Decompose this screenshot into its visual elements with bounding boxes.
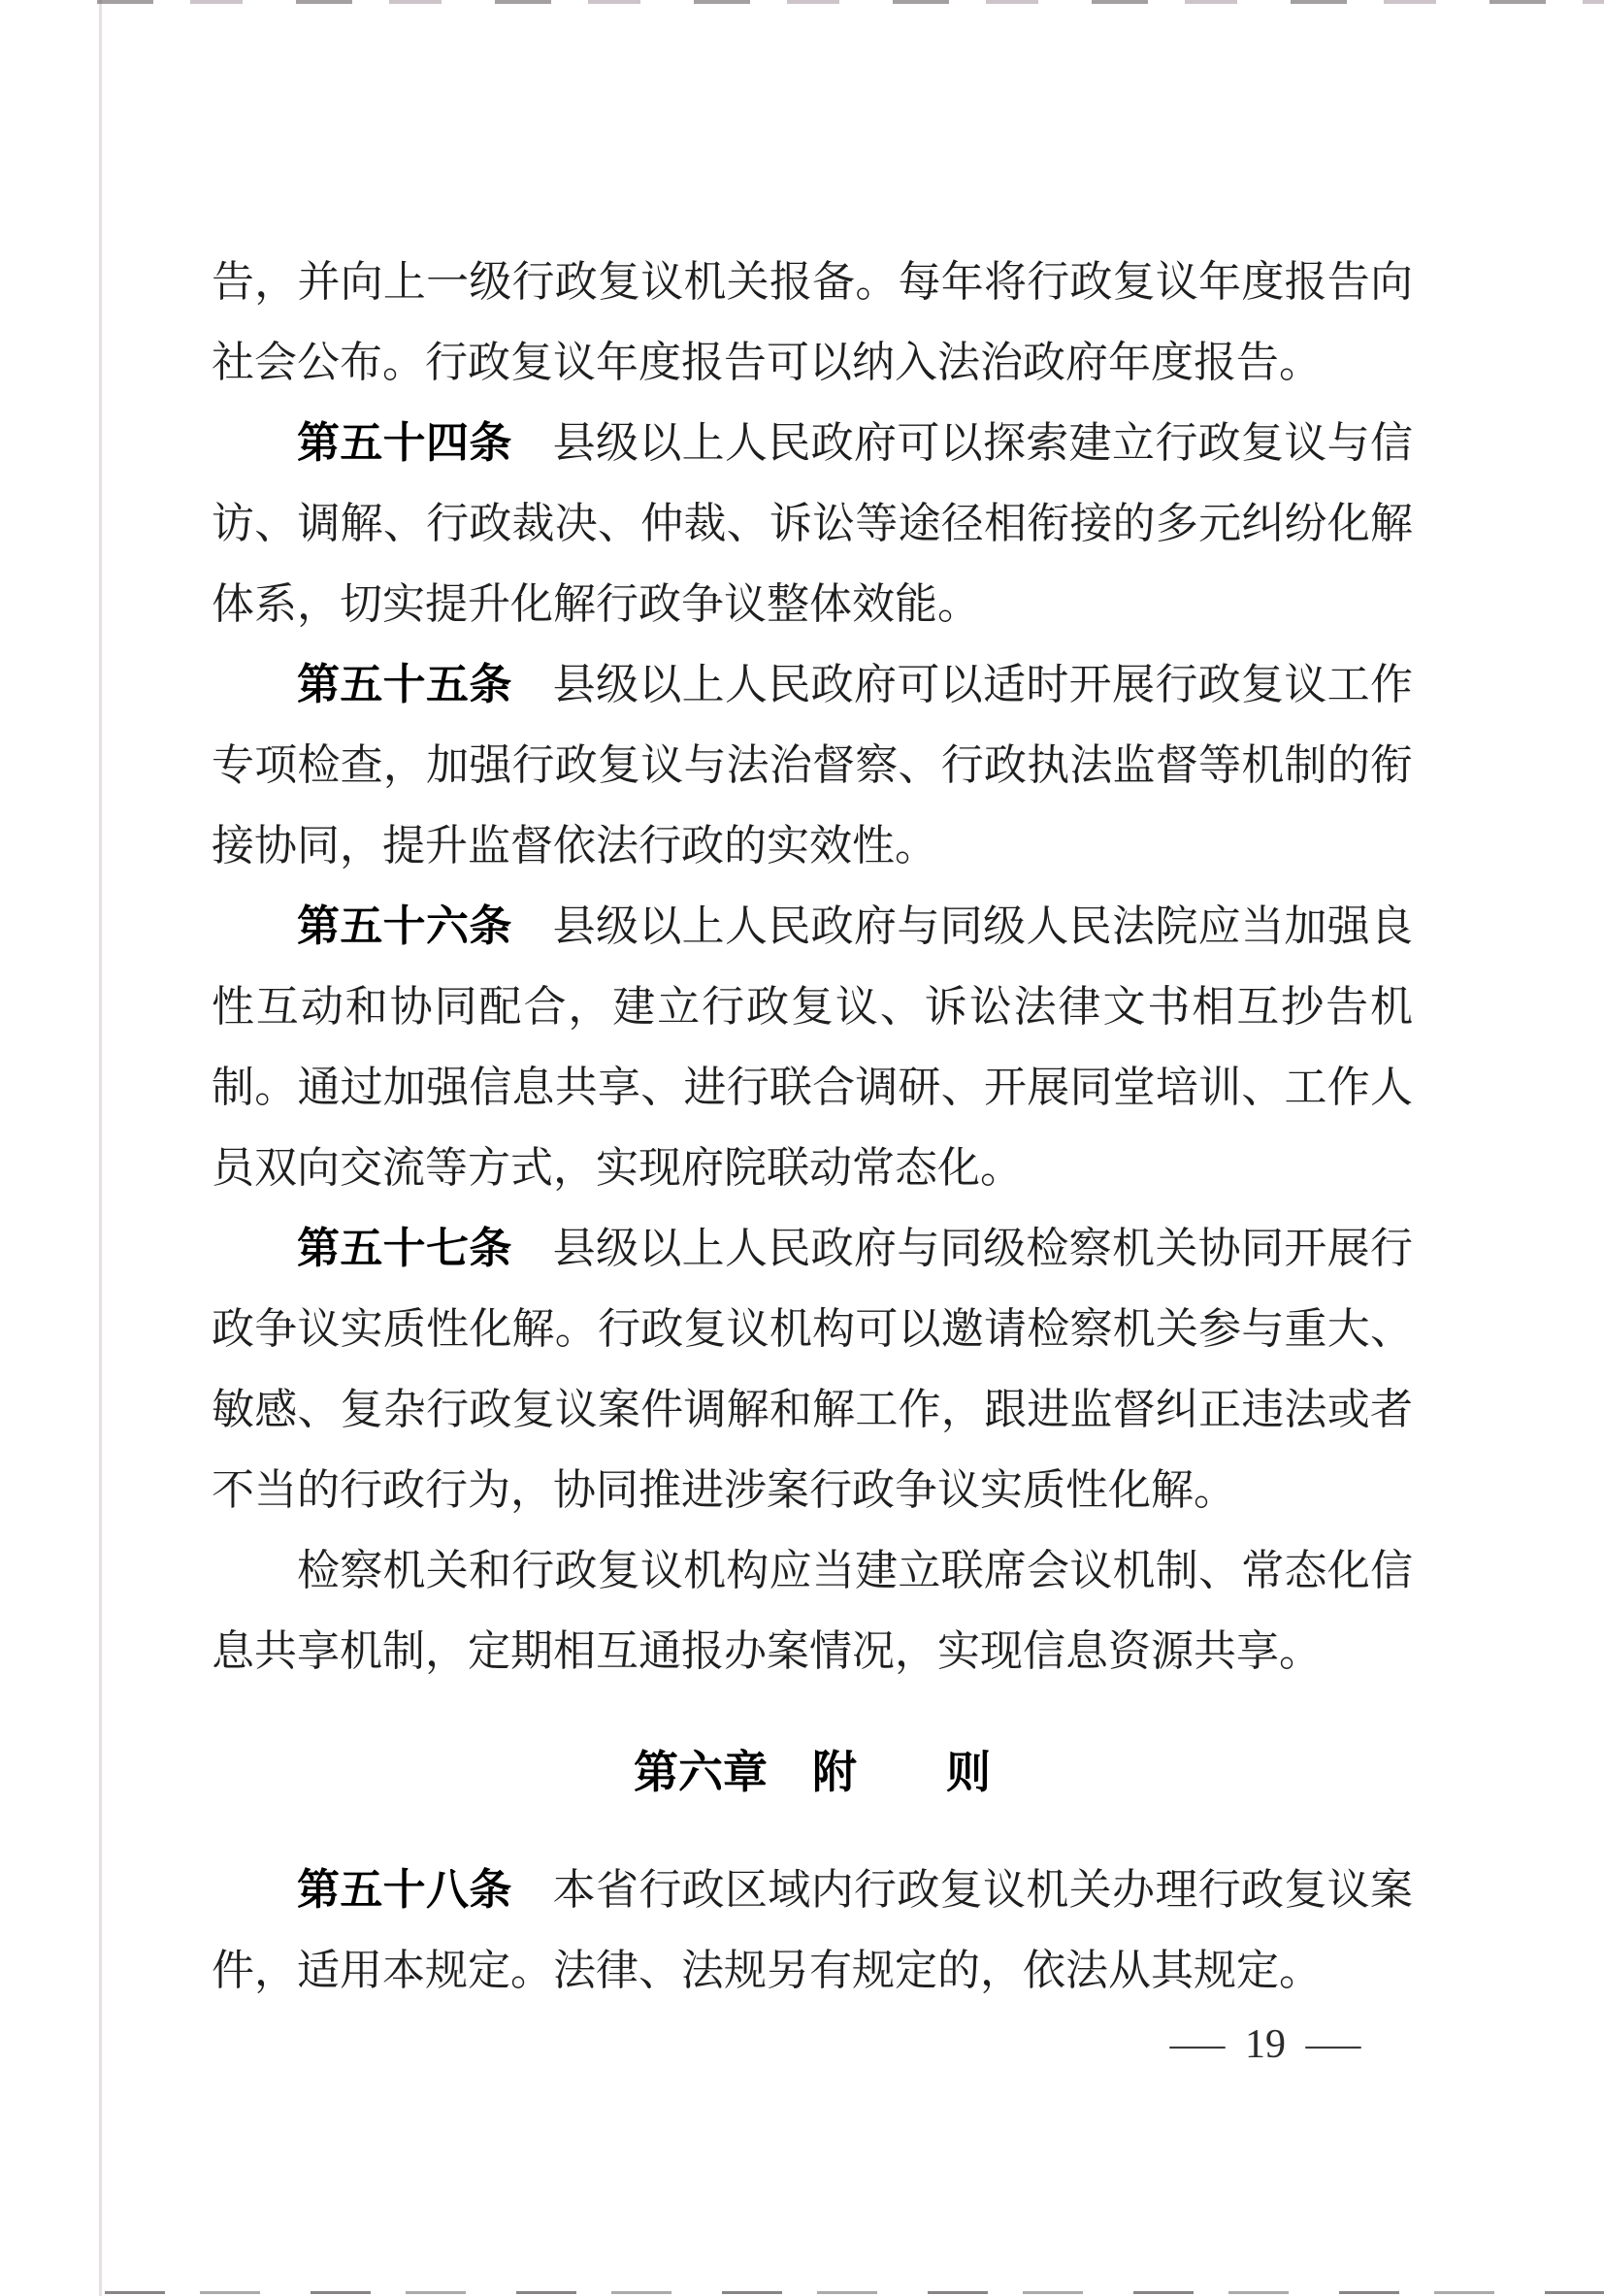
scanned-document-page: 告，并向上一级行政复议机关报备。每年将行政复议年度报告向社会公布。行政复议年度报…: [0, 0, 1604, 2296]
paragraph: 检察机关和行政复议机构应当建立联席会议机制、常态化信息共享机制，定期相互通报办案…: [212, 1530, 1413, 1691]
page-footer: — 19 —: [1177, 2021, 1354, 2068]
article-number: 第五十六条: [297, 902, 512, 950]
article-number: 第五十八条: [297, 1866, 512, 1914]
scan-artifact-top-edge-dashes: [97, 0, 1604, 4]
paragraph: 第五十六条县级以上人民政府与同级人民法院应当加强良性互动和协同配合，建立行政复议…: [212, 886, 1413, 1208]
article-number: 第五十四条: [297, 419, 512, 467]
footer-left-dash: —: [1170, 2021, 1226, 2068]
page-number: 19: [1245, 2021, 1286, 2068]
scan-artifact-bottom-edge-dashes: [105, 2291, 1604, 2294]
paragraph: 第五十七条县级以上人民政府与同级检察机关协同开展行政争议实质性化解。行政复议机构…: [212, 1208, 1413, 1530]
article-number: 第五十七条: [297, 1225, 512, 1272]
paragraph: 告，并向上一级行政复议机关报备。每年将行政复议年度报告向社会公布。行政复议年度报…: [212, 242, 1413, 403]
chapter-heading: 第六章 附 则: [212, 1732, 1413, 1813]
paragraph: 第五十八条本省行政区域内行政复议机关办理行政复议案件，适用本规定。法律、法规另有…: [212, 1850, 1413, 2011]
paragraph: 第五十四条县级以上人民政府可以探索建立行政复议与信访、调解、行政裁决、仲裁、诉讼…: [212, 403, 1413, 644]
document-text-block: 告，并向上一级行政复议机关报备。每年将行政复议年度报告向社会公布。行政复议年度报…: [212, 242, 1413, 2011]
article-number: 第五十五条: [297, 661, 512, 708]
paragraph: 第五十五条县级以上人民政府可以适时开展行政复议工作专项检查，加强行政复议与法治督…: [212, 644, 1413, 886]
footer-right-dash: —: [1306, 2021, 1361, 2068]
scan-artifact-left-edge-line: [99, 0, 102, 2296]
